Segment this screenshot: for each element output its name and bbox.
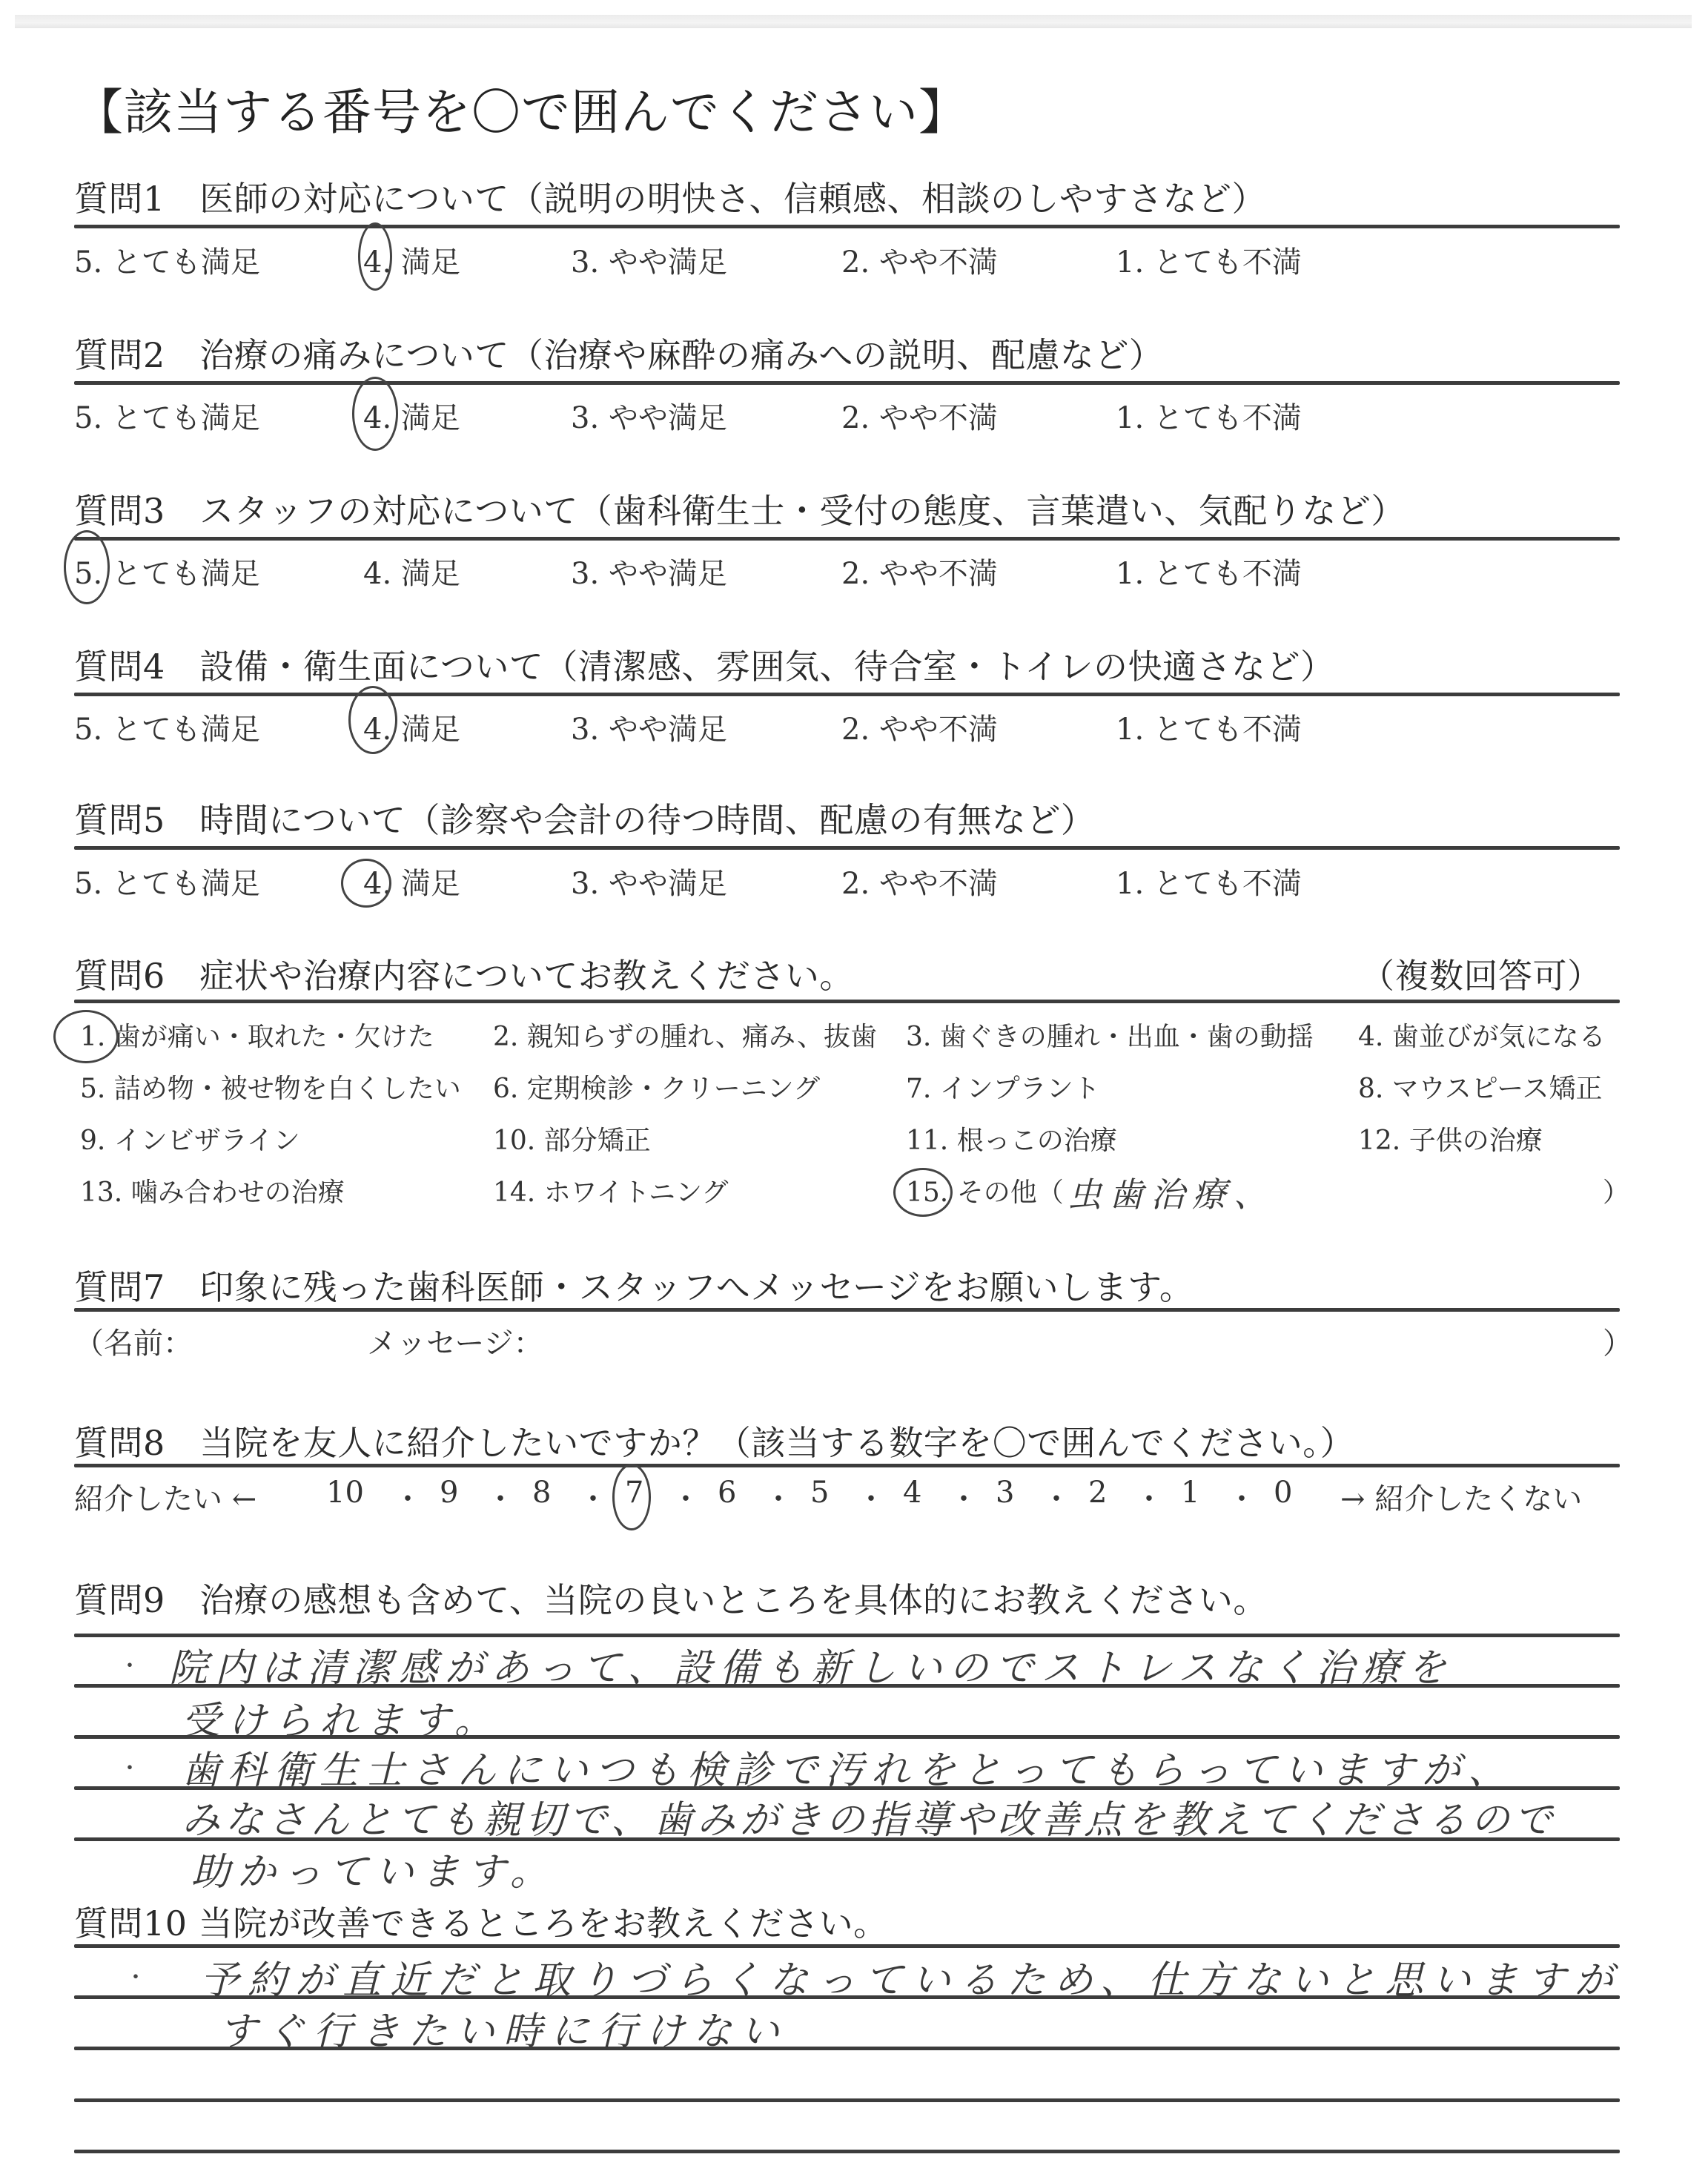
q8-right-label: → 紹介したくない bbox=[1340, 1476, 1582, 1518]
q8-sep: ・ bbox=[671, 1476, 701, 1518]
q8-scale-8[interactable]: 8 bbox=[532, 1476, 551, 1510]
question-8-title: 質問8 当院を友人に紹介したいですか？（該当する数字を〇で囲んでください。） bbox=[74, 1416, 1354, 1465]
q4-option-1[interactable]: 1. とても不満 bbox=[1116, 706, 1302, 748]
q8-sep: ・ bbox=[578, 1476, 608, 1518]
q7-name-label: （名前： bbox=[74, 1320, 193, 1362]
question-1-rule bbox=[74, 225, 1620, 228]
q8-left-label: 紹介したい ← bbox=[74, 1476, 256, 1518]
question-8-rule bbox=[74, 1464, 1620, 1467]
q8-sep: ・ bbox=[1134, 1476, 1164, 1518]
q6-option-10[interactable]: 10. 部分矯正 bbox=[493, 1120, 651, 1157]
question-7-title: 質問7 印象に残った歯科医師・スタッフへメッセージをお願いします。 bbox=[74, 1261, 1194, 1309]
q3-option-3[interactable]: 3. やや満足 bbox=[571, 550, 727, 592]
question-2-title: 質問2 治療の痛みについて（治療や麻酔の痛みへの説明、配慮など） bbox=[74, 328, 1163, 377]
q2-option-5[interactable]: 5. とても満足 bbox=[74, 394, 260, 437]
q6-option-15-other[interactable]: 15. その他（ bbox=[906, 1172, 1064, 1209]
question-4-rule bbox=[74, 693, 1620, 696]
q8-sep: ・ bbox=[856, 1476, 886, 1518]
q4-option-3[interactable]: 3. やや満足 bbox=[571, 706, 727, 748]
q9-answer-line-4: みなさんとても親切で、歯みがきの指導や改善点を教えてくださるので bbox=[182, 1789, 1557, 1844]
q3-option-4[interactable]: 4. 満足 bbox=[363, 550, 460, 592]
q8-scale-1[interactable]: 1 bbox=[1181, 1476, 1199, 1510]
q10-answer-line-1: 予約が直近だと取りづらくなっているため、仕方ないと思いますが bbox=[200, 1949, 1622, 2004]
q6-option-12[interactable]: 12. 子供の治療 bbox=[1358, 1120, 1543, 1157]
q3-option-2[interactable]: 2. やや不満 bbox=[841, 550, 998, 592]
question-6-note: （複数回答可） bbox=[1360, 949, 1602, 998]
q8-scale-3[interactable]: 3 bbox=[996, 1476, 1014, 1510]
q5-option-3[interactable]: 3. やや満足 bbox=[571, 860, 727, 902]
q2-option-3[interactable]: 3. やや満足 bbox=[571, 394, 727, 437]
q8-sep: ・ bbox=[764, 1476, 793, 1518]
q7-name-field[interactable] bbox=[222, 1320, 356, 1357]
q2-option-4[interactable]: 4. 満足 bbox=[363, 394, 460, 437]
q4-option-5[interactable]: 5. とても満足 bbox=[74, 706, 260, 748]
q3-option-1[interactable]: 1. とても不満 bbox=[1116, 550, 1302, 592]
q8-scale-4[interactable]: 4 bbox=[903, 1476, 921, 1510]
q1-option-2[interactable]: 2. やや不満 bbox=[841, 239, 998, 281]
q8-scale-0[interactable]: 0 bbox=[1274, 1476, 1292, 1510]
question-1-title: 質問1 医師の対応について（説明の明快さ、信頼感、相談のしやすさなど） bbox=[74, 172, 1266, 221]
q7-message-field[interactable] bbox=[552, 1320, 1590, 1357]
q8-sep: ・ bbox=[1042, 1476, 1071, 1518]
q10-rule-5 bbox=[74, 2150, 1620, 2153]
q2-option-1[interactable]: 1. とても不満 bbox=[1116, 394, 1302, 437]
q6-option-8[interactable]: 8. マウスピース矯正 bbox=[1358, 1068, 1602, 1106]
q1-option-4[interactable]: 4. 満足 bbox=[363, 239, 460, 281]
q7-message-label: メッセージ： bbox=[367, 1320, 543, 1362]
q8-sep: ・ bbox=[486, 1476, 515, 1518]
q6-other-close-paren: ） bbox=[1603, 1172, 1629, 1209]
q5-option-4[interactable]: 4. 満足 bbox=[363, 860, 460, 902]
page-title: 【該当する番号を〇で囲んでください】 bbox=[74, 73, 968, 143]
question-3-rule bbox=[74, 537, 1620, 541]
q9-answer-line-1: 院内は清潔感があって、設備も新しいのでストレスなく治療を bbox=[169, 1636, 1454, 1692]
q9-answer-line-2: 受けられます。 bbox=[182, 1689, 500, 1745]
q8-sep: ・ bbox=[1227, 1476, 1257, 1518]
question-5-rule bbox=[74, 846, 1620, 850]
q8-scale-10[interactable]: 10 bbox=[326, 1476, 364, 1510]
q4-option-2[interactable]: 2. やや不満 bbox=[841, 706, 998, 748]
question-5-title: 質問5 時間について（診察や会計の待つ時間、配慮の有無など） bbox=[74, 793, 1095, 842]
q6-option-1[interactable]: 1. 歯が痛い・取れた・欠けた bbox=[80, 1016, 434, 1054]
q8-scale-9[interactable]: 9 bbox=[440, 1476, 458, 1510]
q6-option-11[interactable]: 11. 根っこの治療 bbox=[906, 1120, 1117, 1157]
q1-option-5[interactable]: 5. とても満足 bbox=[74, 239, 260, 281]
q6-option-4[interactable]: 4. 歯並びが気になる bbox=[1358, 1016, 1606, 1054]
q5-option-2[interactable]: 2. やや不満 bbox=[841, 860, 998, 902]
q9-answer-line-5: 助かっています。 bbox=[191, 1840, 556, 1896]
q10-rule-1 bbox=[74, 1944, 1620, 1948]
q9-bullet-1: ・ bbox=[119, 1648, 141, 1680]
question-6-title: 質問6 症状や治療内容についてお教えください。 bbox=[74, 949, 854, 998]
q6-other-handwritten-value[interactable]: 虫歯治療、 bbox=[1067, 1168, 1275, 1217]
q8-scale-5[interactable]: 5 bbox=[810, 1476, 829, 1510]
question-2-rule bbox=[74, 381, 1620, 385]
q10-rule-4 bbox=[74, 2098, 1620, 2102]
question-3-title: 質問3 スタッフの対応について（歯科衛生士・受付の態度、言葉遣い、気配りなど） bbox=[74, 484, 1406, 533]
scan-edge-band bbox=[15, 15, 1692, 28]
q4-option-4[interactable]: 4. 満足 bbox=[363, 706, 460, 748]
q6-option-9[interactable]: 9. インビザライン bbox=[80, 1120, 300, 1157]
q8-scale-6[interactable]: 6 bbox=[718, 1476, 736, 1510]
question-6-rule bbox=[74, 1000, 1620, 1003]
q8-sep: ・ bbox=[949, 1476, 979, 1518]
q8-scale-2[interactable]: 2 bbox=[1088, 1476, 1107, 1510]
q10-bullet-1: ・ bbox=[125, 1959, 147, 1992]
question-4-title: 質問4 設備・衛生面について（清潔感、雰囲気、待合室・トイレの快適さなど） bbox=[74, 640, 1335, 689]
q6-option-5[interactable]: 5. 詰め物・被せ物を白くしたい bbox=[80, 1068, 461, 1106]
question-9-title: 質問9 治療の感想も含めて、当院の良いところを具体的にお教えください。 bbox=[74, 1573, 1268, 1622]
q6-option-7[interactable]: 7. インプラント bbox=[906, 1068, 1100, 1106]
q9-answer-line-3: 歯科衛生士さんにいつも検診で汚れをとってもらっていますが、 bbox=[182, 1739, 1514, 1794]
q6-option-3[interactable]: 3. 歯ぐきの腫れ・出血・歯の動揺 bbox=[906, 1016, 1314, 1054]
q5-option-5[interactable]: 5. とても満足 bbox=[74, 860, 260, 902]
q3-option-5[interactable]: 5. とても満足 bbox=[74, 550, 260, 592]
q6-option-6[interactable]: 6. 定期検診・クリーニング bbox=[493, 1068, 820, 1106]
q6-option-2[interactable]: 2. 親知らずの腫れ、痛み、抜歯 bbox=[493, 1016, 877, 1054]
q5-option-1[interactable]: 1. とても不満 bbox=[1116, 860, 1302, 902]
q1-option-3[interactable]: 3. やや満足 bbox=[571, 239, 727, 281]
q6-option-13[interactable]: 13. 噛み合わせの治療 bbox=[80, 1172, 345, 1209]
q6-option-14[interactable]: 14. ホワイトニング bbox=[493, 1172, 728, 1209]
q1-option-1[interactable]: 1. とても不満 bbox=[1116, 239, 1302, 281]
q9-bullet-2: ・ bbox=[119, 1750, 141, 1783]
q7-close-paren: ） bbox=[1603, 1320, 1632, 1362]
q8-scale-7[interactable]: 7 bbox=[625, 1476, 643, 1510]
question-10-title: 質問10 当院が改善できるところをお教えください。 bbox=[74, 1897, 888, 1946]
question-7-rule bbox=[74, 1308, 1620, 1312]
q8-sep: ・ bbox=[393, 1476, 423, 1518]
q2-option-2[interactable]: 2. やや不満 bbox=[841, 394, 998, 437]
q10-answer-line-2: すぐ行きたい時に行けない bbox=[219, 2000, 788, 2055]
